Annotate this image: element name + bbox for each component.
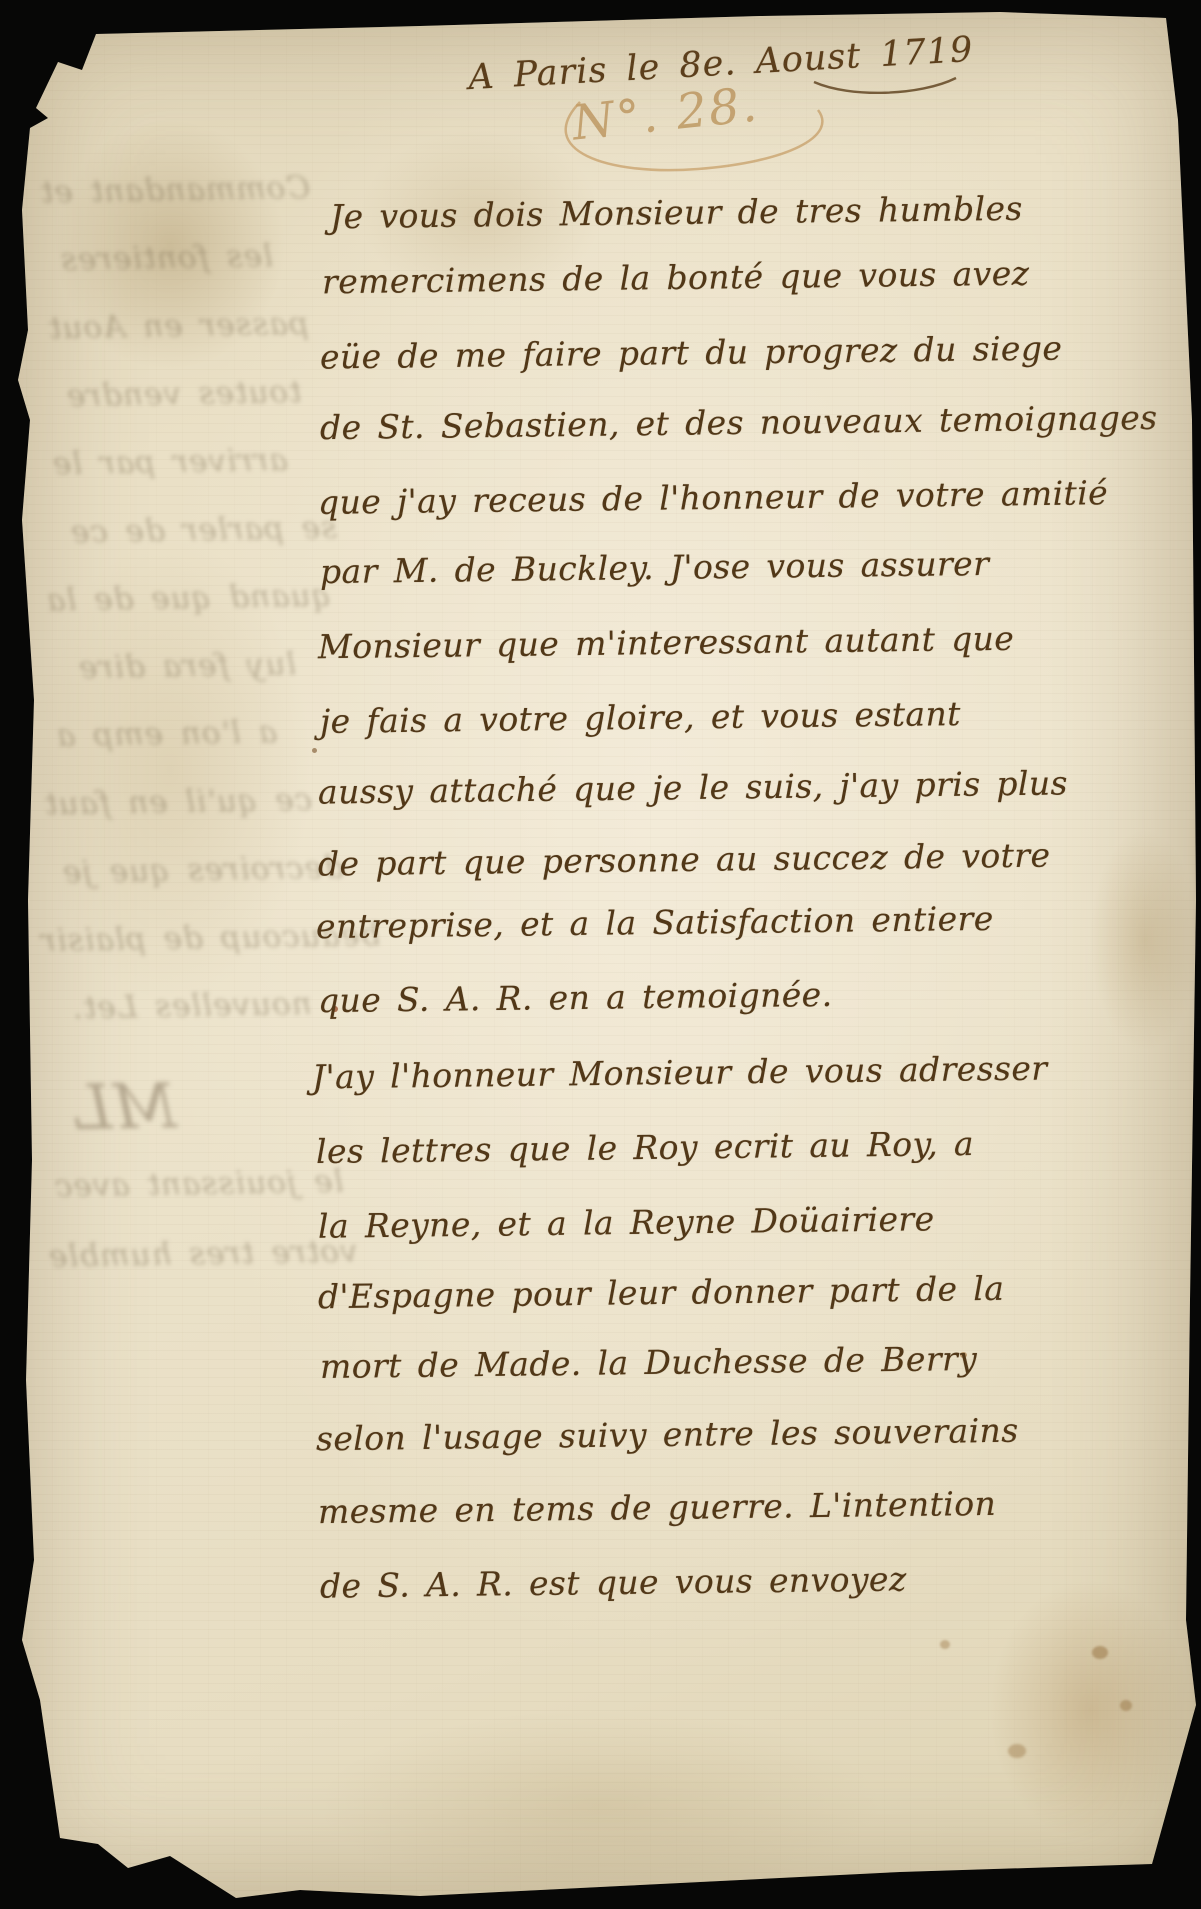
letter-line: la Reyne, et a la Reyne Doüairiere	[318, 1199, 935, 1246]
showthrough-line: quand que de la	[46, 578, 332, 619]
letter-line: que S. A. R. en a temoignée.	[318, 975, 833, 1021]
letter-line: par M. de Buckley. J'ose vous assurer	[320, 544, 990, 592]
showthrough-line: decroires que je	[62, 850, 344, 891]
foxing-spot	[1120, 1700, 1132, 1711]
letter-line: je fais a votre gloire, et vous estant	[320, 694, 961, 741]
letter-line: Je vous dois Monsieur de tres humbles	[330, 189, 1023, 237]
letter-line: que j'ay receus de l'honneur de votre am…	[318, 473, 1109, 522]
letter-line: mesme en tems de guerre. L'intention	[318, 1484, 997, 1532]
letter-line: remercimens de la bonté que vous avez	[322, 254, 1030, 302]
stain	[990, 1580, 1190, 1840]
showthrough-line: votre tres humble	[48, 1233, 358, 1274]
showthrough-line: se parler de ce	[70, 510, 338, 551]
showthrough-line: arriver par le	[52, 442, 288, 482]
showthrough-line: nouvelles Let.	[72, 986, 312, 1026]
showthrough-line: le jouissant avec	[54, 1163, 344, 1204]
showthrough-line: toutes vendre	[66, 374, 302, 414]
stain	[320, 1710, 880, 1900]
letter-line: de S. A. R. est que vous envoyez	[320, 1559, 907, 1606]
letter-line: eüe de me faire part du progrez du siege	[320, 328, 1063, 377]
showthrough-line: luy fera dire	[78, 646, 297, 686]
letter-line: selon l'usage suivy entre les souverains	[316, 1411, 1019, 1459]
showthrough-signature: ML	[69, 1069, 177, 1144]
letter-line: de St. Sebastien, et des nouveaux temoig…	[320, 398, 1158, 448]
letter-paper: Commandant et les fontieres passer en Ao…	[0, 0, 1201, 1909]
letter-line: J'ay l'honneur Monsieur de vous adresser	[312, 1049, 1048, 1098]
letter-line: mort de Made. la Duchesse de Berry	[320, 1339, 978, 1387]
foxing-spot	[1008, 1744, 1026, 1758]
showthrough-line: passer en Aout	[48, 306, 309, 347]
letter-line: d'Espagne pour leur donner part de la	[318, 1269, 1005, 1317]
letter-photograph: Commandant et les fontieres passer en Ao…	[0, 0, 1201, 1909]
showthrough-line: Commandant et	[40, 170, 311, 211]
letter-line: de part que personne au succez de votre	[318, 836, 1051, 885]
letter-line: les lettres que le Roy ecrit au Roy, a	[316, 1124, 974, 1172]
showthrough-line: ce qu'il en faut	[44, 782, 313, 823]
foxing-spot	[940, 1640, 950, 1649]
stain	[1090, 830, 1200, 1050]
letter-line: aussy attaché que je le suis, j'ay pris …	[318, 763, 1068, 812]
showthrough-line: a l'on emp a	[56, 714, 278, 754]
letter-line: entreprise, et a la Satisfaction entiere	[316, 899, 994, 947]
foxing-spot	[1092, 1646, 1108, 1659]
showthrough-line: les fontieres	[60, 238, 274, 278]
letter-line: Monsieur que m'interessant autant que	[318, 619, 1015, 667]
ink-speck	[312, 748, 317, 753]
